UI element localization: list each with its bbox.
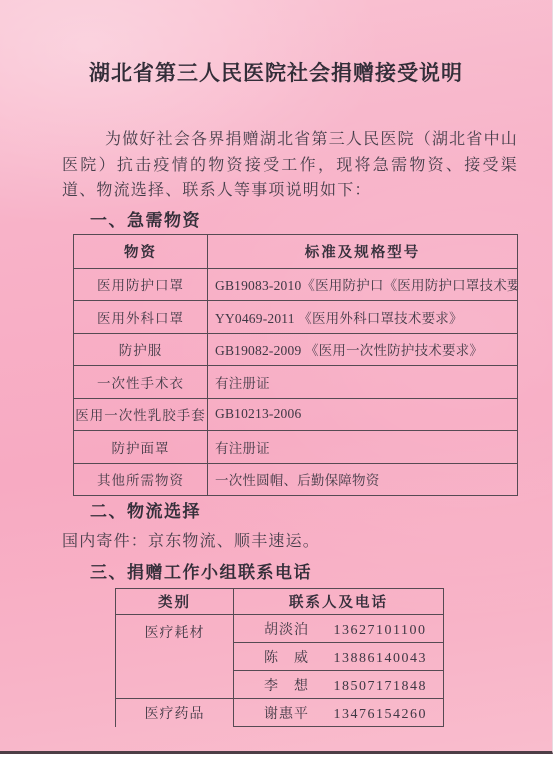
- supply-name-cell: 一次性手术衣: [74, 366, 208, 399]
- contact-cell: 谢惠平 13476154260: [234, 699, 444, 727]
- supply-name-cell: 医用外科口罩: [74, 301, 208, 334]
- document-title: 湖北省第三人民医院社会捐赠接受说明: [0, 58, 552, 88]
- supply-spec-cell: 有注册证: [208, 366, 518, 399]
- contact-phone: 13476154260: [334, 707, 428, 722]
- section-heading-logistics: 二、物流选择: [90, 501, 552, 522]
- contact-category-cell: 医疗耗材: [116, 615, 234, 699]
- section-heading-contacts: 三、捐赠工作小组联系电话: [90, 562, 552, 583]
- contact-phone: 13627101100: [334, 623, 427, 638]
- contact-cell: 胡淡泊 13627101100: [234, 615, 444, 643]
- table-row: 医用外科口罩 YY0469-2011 《医用外科口罩技术要求》: [74, 301, 518, 334]
- supply-spec-cell: GB10213-2006: [208, 398, 518, 431]
- supply-spec-cell: GB19082-2009 《医用一次性防护技术要求》: [208, 333, 518, 366]
- supply-name-cell: 防护面罩: [74, 431, 208, 464]
- contact-cell: 陈 威 13886140043: [234, 643, 444, 671]
- supply-spec-cell: 有注册证: [208, 431, 518, 464]
- contacts-table: 类别 联系人及电话 医疗耗材 胡淡泊 13627101100 陈 威 13886…: [115, 588, 444, 727]
- supply-spec-cell: YY0469-2011 《医用外科口罩技术要求》: [208, 301, 518, 334]
- supplies-table: 物资 标准及规格型号 医用防护口罩 GB19083-2010《医用防护口《医用防…: [73, 234, 518, 497]
- pink-paper-sheet: 湖北省第三人民医院社会捐赠接受说明 为做好社会各界捐赠湖北省第三人民医院（湖北省…: [0, 0, 553, 754]
- document-photo: 湖北省第三人民医院社会捐赠接受说明 为做好社会各界捐赠湖北省第三人民医院（湖北省…: [0, 0, 558, 768]
- contacts-column-header-category: 类别: [116, 589, 234, 615]
- supply-spec-cell: 一次性圆帽、后勤保障物资: [208, 463, 518, 496]
- contact-cell: 李 想 18507171848: [234, 671, 444, 699]
- contact-category-cell: 医疗药品: [116, 699, 234, 727]
- table-row: 一次性手术衣 有注册证: [74, 366, 518, 399]
- contact-phone: 18507171848: [334, 679, 428, 694]
- supply-name-cell: 防护服: [74, 333, 208, 366]
- table-row: 医疗药品 谢惠平 13476154260: [116, 699, 444, 727]
- table-row: 防护服 GB19082-2009 《医用一次性防护技术要求》: [74, 333, 518, 366]
- table-row: 医用防护口罩 GB19083-2010《医用防护口《医用防护口罩技术要求》: [74, 268, 518, 301]
- contacts-column-header-person: 联系人及电话: [234, 589, 444, 615]
- contact-name: 陈 威: [264, 647, 318, 667]
- supplies-column-header-spec: 标准及规格型号: [208, 234, 518, 268]
- contact-phone: 13886140043: [334, 651, 428, 666]
- supplies-column-header-item: 物资: [74, 234, 208, 268]
- table-row: 医疗耗材 胡淡泊 13627101100: [116, 615, 444, 643]
- supplies-header-row: 物资 标准及规格型号: [74, 234, 518, 268]
- table-row: 其他所需物资 一次性圆帽、后勤保障物资: [74, 463, 518, 496]
- logistics-line: 国内寄件：京东物流、顺丰速运。: [62, 530, 552, 553]
- table-row: 防护面罩 有注册证: [74, 431, 518, 464]
- table-row: 医用一次性乳胶手套 GB10213-2006: [74, 398, 518, 431]
- contact-name: 谢惠平: [264, 703, 318, 723]
- supply-spec-cell: GB19083-2010《医用防护口《医用防护口罩技术要求》: [208, 268, 518, 301]
- intro-paragraph: 为做好社会各界捐赠湖北省第三人民医院（湖北省中山医院）抗击疫情的物资接受工作，现…: [62, 127, 518, 204]
- supply-name-cell: 其他所需物资: [74, 463, 208, 496]
- contact-name: 李 想: [264, 675, 318, 695]
- contacts-header-row: 类别 联系人及电话: [116, 589, 444, 615]
- section-heading-supplies: 一、急需物资: [90, 210, 552, 231]
- contact-name: 胡淡泊: [264, 619, 318, 639]
- supply-name-cell: 医用一次性乳胶手套: [74, 398, 208, 431]
- supply-name-cell: 医用防护口罩: [74, 268, 208, 301]
